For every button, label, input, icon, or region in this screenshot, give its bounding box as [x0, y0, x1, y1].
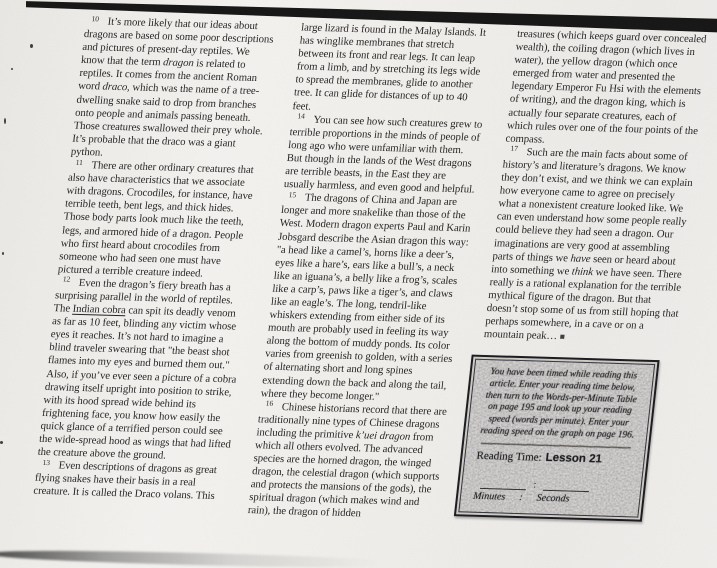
end-of-article-mark: ■ [559, 331, 565, 341]
paragraph: 13Even descriptions of dragons as great … [33, 459, 229, 504]
paragraph-number: 17 [510, 144, 518, 153]
minutes-blank-line [480, 479, 527, 490]
reading-time-box: You have been timed while reading this a… [454, 355, 660, 522]
blank-separator: : [533, 481, 537, 491]
column-1: 10It’s more likely that our ideas about … [31, 15, 278, 517]
article-text-sheet: 10It’s more likely that our ideas about … [31, 15, 710, 530]
paragraph-number: 15 [288, 190, 296, 199]
paragraph: large lizard is found in the Malay Islan… [292, 21, 494, 118]
minutes-label: Minutes [472, 491, 505, 503]
seconds-blank-line [543, 481, 590, 492]
reading-time-label: Reading Time: [476, 450, 542, 464]
scan-speck [2, 252, 4, 255]
paragraph: treasures (which keeps guard over concea… [505, 28, 710, 151]
scan-speck [30, 44, 33, 48]
labels-separator: : [519, 493, 524, 504]
scan-speck [11, 68, 13, 70]
seconds-label: Seconds [536, 493, 570, 505]
reading-time-box-content: You have been timed while reading this a… [468, 367, 645, 507]
paragraph: 12Even the dragon’s fiery breath has a s… [37, 276, 249, 464]
lesson-number: Lesson 21 [545, 452, 603, 466]
scan-speck [4, 118, 6, 124]
paragraph-number: 14 [297, 111, 305, 120]
paragraph-number: 13 [42, 458, 50, 467]
column-3: treasures (which keeps guard over concea… [463, 28, 710, 530]
paragraph: 15The dragons of China and Japan are lon… [260, 191, 475, 406]
paragraph-number: 16 [265, 399, 273, 408]
paragraph: 17Such are the main facts about some of … [483, 145, 697, 347]
paragraph-number: 11 [75, 157, 83, 166]
paragraph-number: 12 [62, 275, 70, 284]
paragraph: 10It’s more likely that our ideas about … [70, 15, 278, 164]
scan-speck [0, 441, 3, 444]
column-2: large lizard is found in the Malay Islan… [247, 21, 494, 523]
reading-time-row: Reading Time:Lesson 21 [473, 449, 636, 468]
scan-bottom-edge-smudge [0, 548, 402, 568]
paragraph: 16Chinese historians record that there a… [247, 400, 452, 523]
paragraph-number: 10 [91, 14, 99, 23]
reading-time-box-inner: You have been timed while reading this a… [458, 359, 655, 518]
paragraph: 11There are other ordinary creatures tha… [57, 159, 262, 282]
box-divider-line [481, 443, 631, 448]
paragraph: 14You can see how such creatures grew to… [283, 113, 484, 197]
timing-instructions: You have been timed while reading this a… [476, 367, 646, 442]
scanned-book-page: { "colors": { "paper": "#f3f1ed", "ink":… [0, 0, 717, 568]
